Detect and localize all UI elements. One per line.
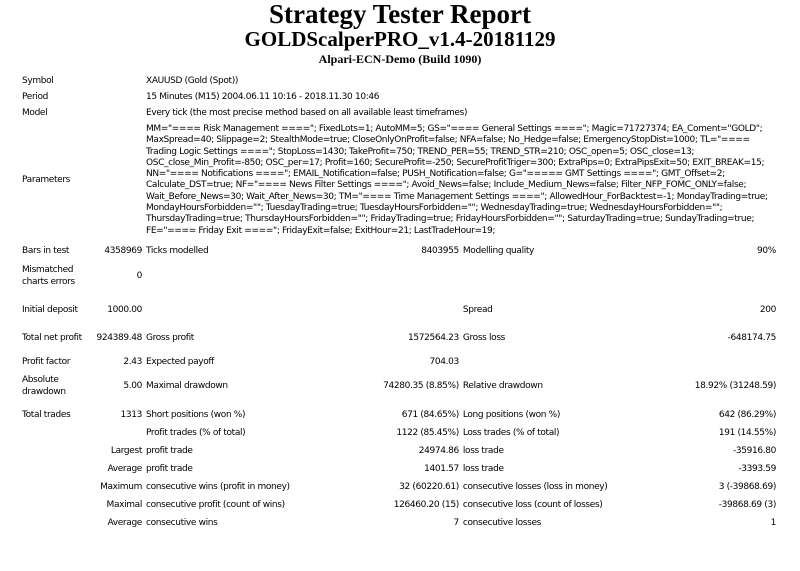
bars-label: Bars in test <box>20 240 94 262</box>
profit-factor-value: 2.43 <box>94 352 144 372</box>
period-value: 15 Minutes (M15) 2004.06.11 10:16 - 2018… <box>144 89 778 105</box>
symbol-label: Symbol <box>20 73 94 89</box>
maximal-label: Maximal <box>20 496 144 514</box>
row-largest: Largest profit trade 24974.86 loss trade… <box>20 442 778 460</box>
maximal-drawdown-value: 74280.35 (8.85%) <box>379 372 461 400</box>
avg-wins-value: 7 <box>379 514 461 532</box>
model-label: Model <box>20 105 94 121</box>
row-mismatch: Mismatched charts errors 0 <box>20 262 778 290</box>
profit-trades-value: 1122 (85.45%) <box>379 424 461 442</box>
expected-payoff-value: 704.03 <box>379 352 461 372</box>
maximal-profit-label: consecutive profit (count of wins) <box>144 496 379 514</box>
gross-loss-value: -648174.75 <box>676 324 778 352</box>
max-losses-label: consecutive losses (loss in money) <box>461 478 676 496</box>
row-symbol: Symbol XAUUSD (Gold (Spot)) <box>20 73 778 89</box>
avg-loss-value: -3393.59 <box>676 460 778 478</box>
report-title: Strategy Tester Report <box>0 0 800 28</box>
row-average: Average profit trade 1401.57 loss trade … <box>20 460 778 478</box>
mismatch-label: Mismatched charts errors <box>20 262 94 290</box>
total-trades-value: 1313 <box>94 406 144 424</box>
absolute-drawdown-label: Absolute drawdown <box>20 372 94 400</box>
row-maximum: Maximum consecutive wins (profit in mone… <box>20 478 778 496</box>
row-period: Period 15 Minutes (M15) 2004.06.11 10:16… <box>20 89 778 105</box>
long-positions-label: Long positions (won %) <box>461 406 676 424</box>
gross-profit-label: Gross profit <box>144 324 379 352</box>
row-maximal: Maximal consecutive profit (count of win… <box>20 496 778 514</box>
average-consecutive-label: Average <box>20 514 144 532</box>
net-profit-value: 924389.48 <box>94 324 144 352</box>
deposit-value: 1000.00 <box>94 296 144 324</box>
long-positions-value: 642 (86.29%) <box>676 406 778 424</box>
largest-label: Largest <box>20 442 144 460</box>
maximal-loss-label: consecutive loss (count of losses) <box>461 496 676 514</box>
row-model: Model Every tick (the most precise metho… <box>20 105 778 121</box>
symbol-value: XAUUSD (Gold (Spot)) <box>144 73 778 89</box>
short-positions-label: Short positions (won %) <box>144 406 379 424</box>
avg-profit-label: profit trade <box>144 460 379 478</box>
gross-profit-value: 1572564.23 <box>379 324 461 352</box>
largest-loss-label: loss trade <box>461 442 676 460</box>
mismatch-value: 0 <box>94 262 144 290</box>
largest-profit-value: 24974.86 <box>379 442 461 460</box>
report-table: Symbol XAUUSD (Gold (Spot)) Period 15 Mi… <box>20 73 778 532</box>
report-header: Strategy Tester Report GOLDScalperPRO_v1… <box>0 0 800 67</box>
row-net-profit: Total net profit 924389.48 Gross profit … <box>20 324 778 352</box>
maximal-loss-value: -39868.69 (3) <box>676 496 778 514</box>
max-wins-label: consecutive wins (profit in money) <box>144 478 379 496</box>
row-profit-factor: Profit factor 2.43 Expected payoff 704.0… <box>20 352 778 372</box>
row-bars: Bars in test 4358969 Ticks modelled 8403… <box>20 240 778 262</box>
ticks-value: 8403955 <box>379 240 461 262</box>
avg-losses-value: 1 <box>676 514 778 532</box>
row-drawdown: Absolute drawdown 5.00 Maximal drawdown … <box>20 372 778 400</box>
largest-loss-value: -35916.80 <box>676 442 778 460</box>
gross-loss-label: Gross loss <box>461 324 676 352</box>
ticks-label: Ticks modelled <box>144 240 379 262</box>
parameters-value: MM="==== Risk Management ===="; FixedLot… <box>144 121 778 240</box>
max-losses-value: 3 (-39868.69) <box>676 478 778 496</box>
relative-drawdown-value: 18.92% (31248.59) <box>676 372 778 400</box>
max-wins-value: 32 (60220.61) <box>379 478 461 496</box>
parameters-label: Parameters <box>20 121 94 240</box>
relative-drawdown-label: Relative drawdown <box>461 372 676 400</box>
deposit-label: Initial deposit <box>20 296 94 324</box>
server-name: Alpari-ECN-Demo (Build 1090) <box>0 51 800 67</box>
row-deposit: Initial deposit 1000.00 Spread 200 <box>20 296 778 324</box>
loss-trades-value: 191 (14.55%) <box>676 424 778 442</box>
avg-profit-value: 1401.57 <box>379 460 461 478</box>
model-value: Every tick (the most precise method base… <box>144 105 778 121</box>
row-total-trades: Total trades 1313 Short positions (won %… <box>20 406 778 424</box>
short-positions-value: 671 (84.65%) <box>379 406 461 424</box>
row-profit-trades: Profit trades (% of total) 1122 (85.45%)… <box>20 424 778 442</box>
quality-label: Modelling quality <box>461 240 676 262</box>
avg-loss-label: loss trade <box>461 460 676 478</box>
row-average-consecutive: Average consecutive wins 7 consecutive l… <box>20 514 778 532</box>
spread-value: 200 <box>676 296 778 324</box>
maximal-profit-value: 126460.20 (15) <box>379 496 461 514</box>
spread-label: Spread <box>461 296 676 324</box>
total-trades-label: Total trades <box>20 406 94 424</box>
maximal-drawdown-label: Maximal drawdown <box>144 372 379 400</box>
bars-value: 4358969 <box>94 240 144 262</box>
absolute-drawdown-value: 5.00 <box>94 372 144 400</box>
net-profit-label: Total net profit <box>20 324 94 352</box>
profit-factor-label: Profit factor <box>20 352 94 372</box>
largest-profit-label: profit trade <box>144 442 379 460</box>
quality-value: 90% <box>676 240 778 262</box>
expected-payoff-label: Expected payoff <box>144 352 379 372</box>
row-parameters: Parameters MM="==== Risk Management ====… <box>20 121 778 240</box>
loss-trades-label: Loss trades (% of total) <box>461 424 676 442</box>
expert-name: GOLDScalperPRO_v1.4-20181129 <box>0 28 800 50</box>
period-label: Period <box>20 89 94 105</box>
avg-losses-label: consecutive losses <box>461 514 676 532</box>
average-label: Average <box>20 460 144 478</box>
maximum-label: Maximum <box>20 478 144 496</box>
avg-wins-label: consecutive wins <box>144 514 379 532</box>
profit-trades-label: Profit trades (% of total) <box>144 424 379 442</box>
